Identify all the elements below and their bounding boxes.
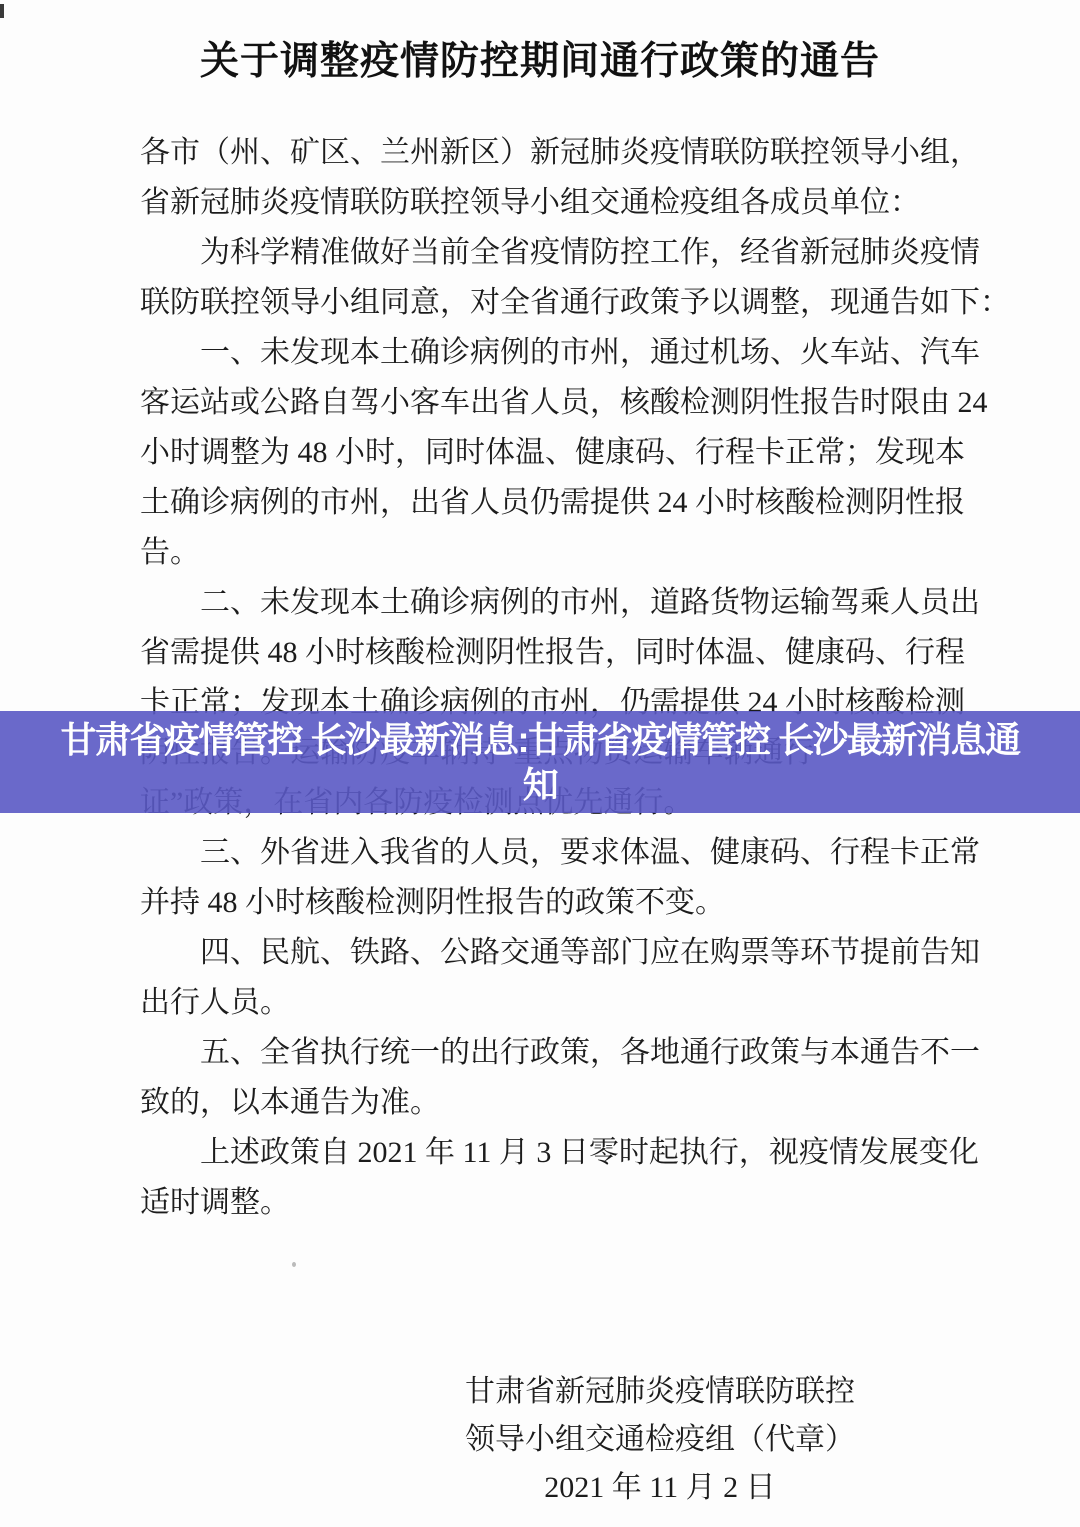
- notice-body: 各市（州、矿区、兰州新区）新冠肺炎疫情联防联控领导小组， 省新冠肺炎疫情联防联控…: [140, 128, 990, 1228]
- body-line: 并持 48 小时核酸检测阴性报告的政策不变。: [140, 878, 990, 928]
- body-line: 适时调整。: [140, 1178, 990, 1228]
- body-line: 省需提供 48 小时核酸检测阴性报告，同时体温、健康码、行程: [140, 628, 990, 678]
- signature-date: 2021 年 11 月 2 日: [420, 1464, 900, 1512]
- body-line: 客运站或公路自驾小客车出省人员，核酸检测阴性报告时限由 24: [140, 378, 990, 428]
- signature-org-line1: 甘肃省新冠肺炎疫情联防联控: [420, 1368, 900, 1416]
- signature-block: 甘肃省新冠肺炎疫情联防联控 领导小组交通检疫组（代章） 2021 年 11 月 …: [420, 1368, 900, 1512]
- body-line: 各市（州、矿区、兰州新区）新冠肺炎疫情联防联控领导小组，: [140, 128, 990, 178]
- body-line: 二、未发现本土确诊病例的市州，道路货物运输驾乘人员出: [140, 578, 990, 628]
- body-line: 一、未发现本土确诊病例的市州，通过机场、火车站、汽车: [140, 328, 990, 378]
- notice-title: 关于调整疫情防控期间通行政策的通告: [0, 30, 1080, 86]
- body-line: 土确诊病例的市州，出省人员仍需提供 24 小时核酸检测阴性报: [140, 478, 990, 528]
- scan-speck: [292, 1262, 296, 1267]
- body-line: 上述政策自 2021 年 11 月 3 日零时起执行，视疫情发展变化: [140, 1128, 990, 1178]
- scan-edge-mark: [0, 4, 4, 18]
- body-line: 告。: [140, 528, 990, 578]
- body-line: 出行人员。: [140, 978, 990, 1028]
- banner-text-line1: 甘肃省疫情管控 长沙最新消息:甘肃省疫情管控 长沙最新消息通: [61, 717, 1020, 762]
- banner-text-line2: 知: [523, 762, 558, 807]
- body-line: 小时调整为 48 小时，同时体温、健康码、行程卡正常；发现本: [140, 428, 990, 478]
- body-line: 致的，以本通告为准。: [140, 1078, 990, 1128]
- scanned-notice-page: 关于调整疫情防控期间通行政策的通告 各市（州、矿区、兰州新区）新冠肺炎疫情联防联…: [0, 0, 1080, 1527]
- body-line: 联防联控领导小组同意，对全省通行政策予以调整，现通告如下：: [140, 278, 990, 328]
- overlay-banner: 甘肃省疫情管控 长沙最新消息:甘肃省疫情管控 长沙最新消息通 知: [0, 711, 1080, 813]
- signature-org-line2: 领导小组交通检疫组（代章）: [420, 1416, 900, 1464]
- body-line: 四、民航、铁路、公路交通等部门应在购票等环节提前告知: [140, 928, 990, 978]
- body-line: 为科学精准做好当前全省疫情防控工作，经省新冠肺炎疫情: [140, 228, 990, 278]
- body-line: 三、外省进入我省的人员，要求体温、健康码、行程卡正常: [140, 828, 990, 878]
- body-line: 省新冠肺炎疫情联防联控领导小组交通检疫组各成员单位：: [140, 178, 990, 228]
- body-line: 五、全省执行统一的出行政策，各地通行政策与本通告不一: [140, 1028, 990, 1078]
